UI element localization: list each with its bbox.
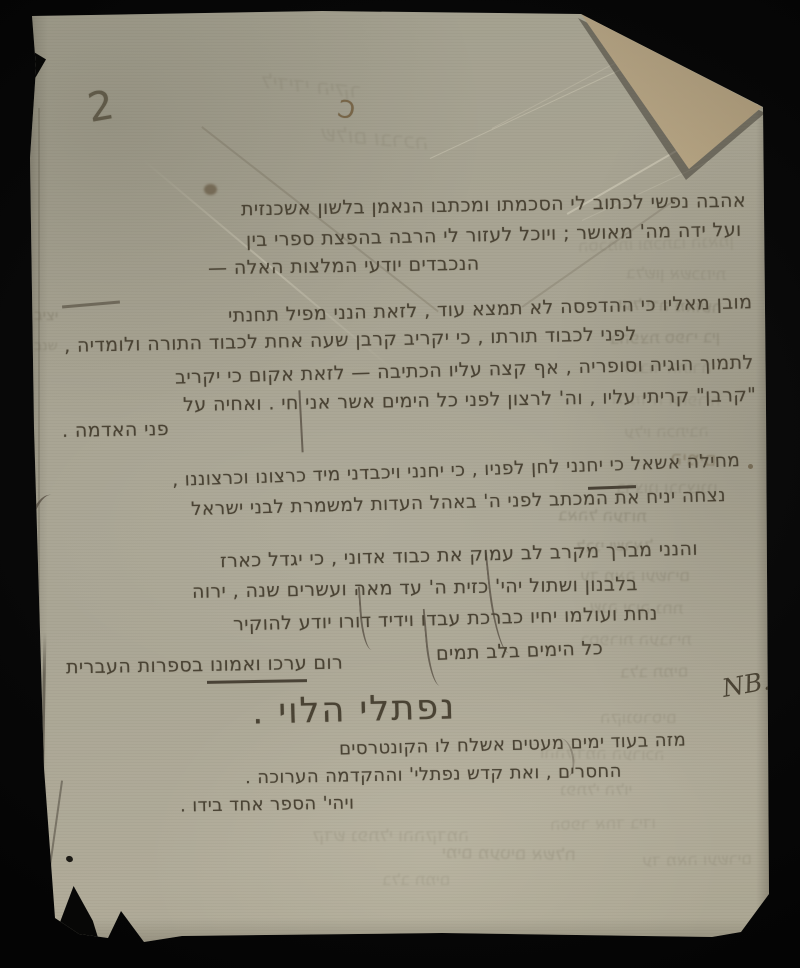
handwritten-line: רום ערכו ואמונו בספרות העברית [66, 652, 344, 679]
bleed-through-text: נפתלי הלוי [560, 780, 632, 799]
signature: נפתלי הלוי . [252, 687, 457, 732]
handwritten-line: הנכבדים יודעי המלצות האלה — [208, 253, 480, 280]
pen-flourish [23, 491, 66, 551]
photograph-background: הסכמתו ומכתבו הנאמן בלשון אשכנזית ועל יד… [0, 0, 800, 968]
underline-mark [207, 679, 307, 684]
scratch-line [430, 69, 621, 159]
handwritten-line: פני האדמה . [62, 418, 169, 442]
bleed-through-text: הקונטרסים [600, 708, 677, 727]
bleed-through-text: עליו הכתיבה [624, 421, 709, 441]
handwritten-line: מובן מאליו כי ההדפסה לא תמצא עוד , לזאת … [227, 291, 752, 327]
crease-line [202, 126, 439, 312]
bleed-through-text: בלשון אשכנזית [626, 263, 726, 284]
ink-smudge [204, 184, 217, 195]
ink-speck [65, 855, 74, 863]
page-bottom-edge-shading [22, 918, 772, 952]
bleed-through-dot [748, 464, 753, 469]
bleed-through-text: בלב תמים [382, 870, 450, 889]
page-right-edge-shading [756, 8, 772, 952]
tear-notch [52, 886, 100, 944]
handwritten-line: אהבה נפשי לכתוב לי הסכמתו ומכתבו הנאמן ב… [241, 190, 746, 221]
bleed-through-text: קדש נפתלי וההקדמה [312, 826, 469, 846]
bleed-through-text: שנב [34, 338, 58, 354]
bleed-through-text: עד מאה ועשרים [642, 849, 752, 870]
bleed-through-text: יציב [34, 306, 59, 325]
handwritten-line: כל הימים בלב תמים [436, 637, 604, 665]
handwritten-line: "קרבן" קריתי עליו , וה' לרצון לפני כל הי… [183, 384, 757, 416]
page-number: 2 [84, 82, 117, 132]
crease-line [43, 780, 63, 909]
manuscript-page: הסכמתו ומכתבו הנאמן בלשון אשכנזית ועל יד… [22, 8, 772, 952]
scratch-line [492, 58, 625, 129]
page-left-edge-shading [22, 8, 48, 952]
handwritten-line: בלבנון ושתול יהי' כזית ה' עד מאה ועשרים … [192, 573, 638, 603]
bleed-through-text: ימים מעטים אשלח [442, 843, 576, 865]
strike-mark [62, 300, 120, 308]
handwritten-line: לתמוך הוגיה וסופריה , אף קצה עליו הכתיבה… [175, 351, 754, 388]
handwritten-line: ויהי' הספר אחד בידו . [180, 792, 355, 816]
bleed-through-text: הספר אחד בידו [550, 813, 656, 834]
handwritten-line: לפני לכבוד תורתו , כי יקריב קרבן שעה אחת… [64, 323, 637, 357]
bleed-through-text: בלב תמים [620, 661, 689, 681]
bleed-through-text: שלום וברכה [321, 121, 430, 154]
